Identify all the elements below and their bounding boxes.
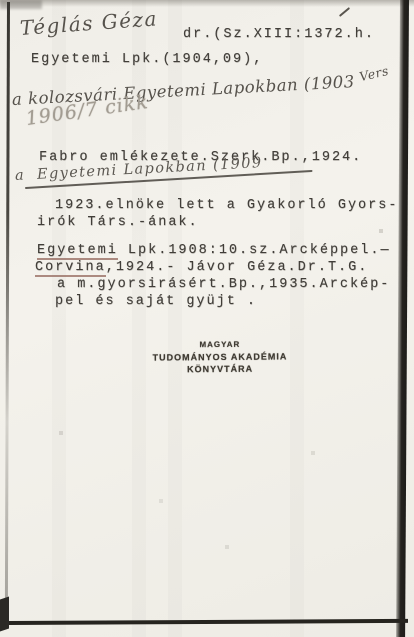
typed-para-1923-line2: irók Társ.-ának. (37, 215, 199, 230)
typed-ref-corvina-rest: ,1924.- Jávor Géza.Dr.T.G. (106, 260, 369, 275)
paper-streak (290, 0, 304, 637)
pencil-tick-mark (339, 7, 350, 17)
typed-ref-gyorsiras: a m.gyorsirásért.Bp.,1935.Arckép- (57, 277, 390, 292)
handwritten-note-superscript: Vers (358, 63, 390, 84)
library-stamp: MAGYAR TUDOMÁNYOS AKADÉMIA KÖNYVTÁRA (130, 339, 310, 375)
typed-ref-gyujt: pel és saját gyüjt . (55, 294, 257, 309)
catalog-card-scan: Téglás Géza dr.(Sz.XIII:1372.h. Egyetemi… (0, 0, 414, 637)
stamp-line-magyar: MAGYAR (130, 339, 310, 350)
scan-edge-right (396, 0, 409, 637)
stamp-line-akademia: TUDOMÁNYOS AKADÉMIA (130, 351, 310, 363)
underlined-word-egyetemi: Egyetemi (37, 243, 118, 260)
typed-para-1923-line1: 1923.elnöke lett a Gyakorló Gyors- (55, 198, 398, 213)
scan-edge-top (0, 0, 414, 7)
typed-ref-egyetemi-rest: Lpk.1908:10.sz.Arcképpel.— (118, 243, 391, 258)
typed-reference-number: dr.(Sz.XIII:1372.h. (183, 27, 375, 42)
scan-corner-bottom-left (0, 597, 9, 632)
typed-ref-corvina: Corvina,1924.- Jávor Géza.Dr.T.G. (35, 260, 368, 275)
typed-line-egyetemi-lpk: Egyetemi Lpk.(1904,09), (31, 52, 263, 67)
underlined-word-corvina: Corvina (35, 260, 106, 277)
scan-edge-bottom (8, 619, 408, 625)
stamp-line-konyvtara: KÖNYVTÁRA (130, 363, 310, 375)
typed-ref-egyetemi-1908: Egyetemi Lpk.1908:10.sz.Arcképpel.— (37, 243, 391, 258)
scan-edge-left (5, 2, 10, 602)
